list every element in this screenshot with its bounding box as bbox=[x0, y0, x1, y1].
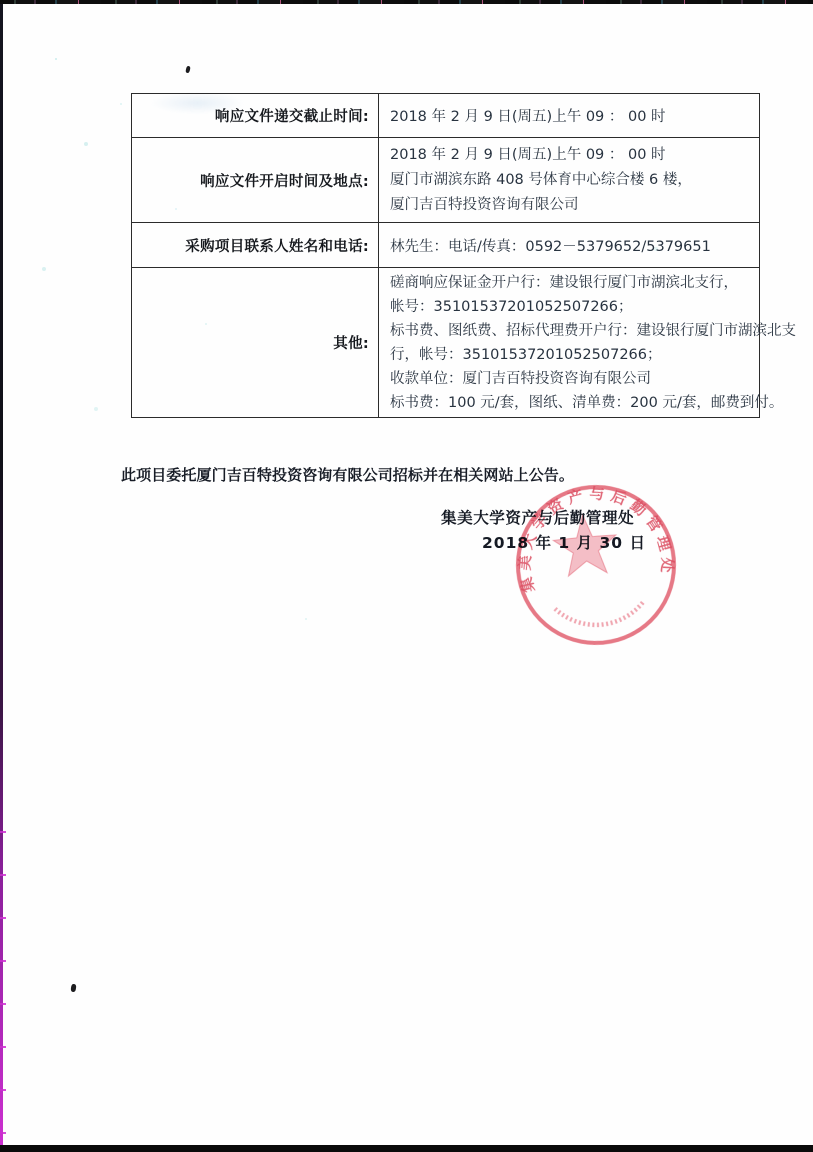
scan-speckles bbox=[55, 58, 57, 60]
official-seal-stamp: 集美大学资产与后勤管理处 bbox=[504, 473, 688, 657]
scan-edge-bottom bbox=[0, 1145, 813, 1152]
scan-edge-top bbox=[0, 0, 813, 4]
row-value-opening: 2018 年 2 月 9 日(周五)上午 09 ： 00 时 厦门市湖滨东路 4… bbox=[379, 138, 760, 223]
scanned-document-page: 响应文件递交截止时间: 2018 年 2 月 9 日(周五)上午 09 ： 00… bbox=[0, 0, 813, 1152]
row-label-deadline: 响应文件递交截止时间: bbox=[132, 94, 379, 138]
row-label-opening: 响应文件开启时间及地点: bbox=[132, 138, 379, 223]
delegation-notice: 此项目委托厦门吉百特投资咨询有限公司招标并在相关网站上公告。 bbox=[121, 464, 574, 485]
table-row-other: 其他: 磋商响应保证金开户行：建设银行厦门市湖滨北支行， 帐号：35101537… bbox=[132, 268, 760, 418]
table-row-contact: 采购项目联系人姓名和电话: 林先生：电话/传真：0592－5379652/537… bbox=[132, 223, 760, 268]
value-line: 帐号：35101537201052507266； bbox=[390, 295, 758, 319]
row-value-deadline: 2018 年 2 月 9 日(周五)上午 09 ： 00 时 bbox=[379, 94, 760, 138]
value-line: 行，帐号：35101537201052507266； bbox=[390, 343, 758, 367]
row-label-contact: 采购项目联系人姓名和电话: bbox=[132, 223, 379, 268]
table-row-opening: 响应文件开启时间及地点: 2018 年 2 月 9 日(周五)上午 09 ： 0… bbox=[132, 138, 760, 223]
value-line: 厦门吉百特投资咨询有限公司 bbox=[390, 193, 758, 218]
row-value-contact: 林先生：电话/传真：0592－5379652/5379651 bbox=[379, 223, 760, 268]
value-line: 2018 年 2 月 9 日(周五)上午 09 ： 00 时 bbox=[390, 105, 758, 126]
value-line: 标书费：100 元/套，图纸、清单费：200 元/套，邮费到付。 bbox=[390, 391, 758, 415]
value-line: 收款单位：厦门吉百特投资咨询有限公司 bbox=[390, 367, 758, 391]
row-value-other: 磋商响应保证金开户行：建设银行厦门市湖滨北支行， 帐号：351015372010… bbox=[379, 268, 760, 418]
signature-org: 集美大学资产与后勤管理处 bbox=[441, 506, 634, 528]
table-row-deadline: 响应文件递交截止时间: 2018 年 2 月 9 日(周五)上午 09 ： 00… bbox=[132, 94, 760, 138]
value-line: 2018 年 2 月 9 日(周五)上午 09 ： 00 时 bbox=[390, 143, 758, 168]
value-line: 林先生：电话/传真：0592－5379652/5379651 bbox=[390, 235, 758, 256]
scan-artifact-dot bbox=[185, 66, 191, 74]
stamp-code-marks bbox=[555, 601, 646, 629]
tender-info-table: 响应文件递交截止时间: 2018 年 2 月 9 日(周五)上午 09 ： 00… bbox=[131, 93, 760, 418]
signature-date: 2018 年 1 月 30 日 bbox=[482, 531, 646, 553]
value-line: 标书费、图纸费、招标代理费开户行：建设银行厦门市湖滨北支 bbox=[390, 319, 758, 343]
value-line: 磋商响应保证金开户行：建设银行厦门市湖滨北支行， bbox=[390, 271, 758, 295]
row-label-other: 其他: bbox=[132, 268, 379, 418]
scan-artifact-dot bbox=[70, 984, 76, 993]
value-line: 厦门市湖滨东路 408 号体育中心综合楼 6 楼， bbox=[390, 168, 758, 193]
scan-edge-left-ticks bbox=[0, 790, 6, 1145]
